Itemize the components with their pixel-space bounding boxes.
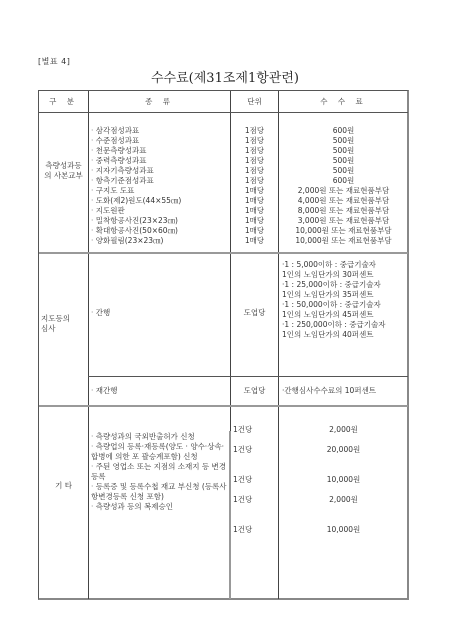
list-item: 구지도 도표 bbox=[91, 186, 181, 196]
header-fee: 수 수 료 bbox=[279, 97, 408, 107]
list-item: 중력측량성과표 bbox=[91, 156, 181, 166]
header-unit: 단위 bbox=[231, 97, 278, 107]
list-item: 측량성과의 국외반출허가 신청 bbox=[91, 432, 227, 442]
column-divider bbox=[88, 91, 89, 599]
fee-table: 구 분 종 류 단위 수 수 료 측량성과등 의 사본교부 삼각점성과표 수준점… bbox=[38, 90, 409, 600]
row-divider bbox=[39, 405, 408, 407]
unit-other-2: 1건당 bbox=[233, 445, 252, 455]
unit-other-4: 1건당 bbox=[233, 495, 252, 505]
unit-other-3: 1건당 bbox=[233, 475, 252, 485]
list-item: 지도원판 bbox=[91, 206, 181, 216]
unit-review-republish: 도엽당 bbox=[231, 386, 278, 396]
list-item: 삼각점성과표 bbox=[91, 126, 181, 136]
section-items-other: 측량성과의 국외반출허가 신청 측량업의 등록·재등록(양도 · 양수·상속·합… bbox=[91, 432, 227, 512]
fee-other-5: 10,000원 bbox=[279, 525, 408, 535]
list-item: 양화필림(23×23㎝) bbox=[91, 236, 181, 246]
list-item: 천문측량성과표 bbox=[91, 146, 181, 156]
appendix-label: [별표 4] bbox=[38, 56, 70, 67]
fee-other-1: 2,000원 bbox=[279, 425, 408, 435]
list-item: 주된 영업소 또는 지점의 소재지 등 변경등록 bbox=[91, 462, 227, 482]
unit-review-publish: 도엽당 bbox=[231, 308, 278, 318]
unit-other-5: 1건당 bbox=[233, 525, 252, 535]
row-divider bbox=[39, 112, 408, 113]
column-divider bbox=[229, 431, 231, 599]
fee-other-4: 2,000원 bbox=[279, 495, 408, 505]
fee-other-3: 10,000원 bbox=[279, 475, 408, 485]
list-item: 확대항공사진(50×60㎝) bbox=[91, 226, 181, 236]
list-item: 간행 bbox=[91, 308, 110, 318]
list-item: 재간행 bbox=[91, 386, 118, 396]
section-category-review: 지도등의 심사 bbox=[41, 314, 88, 334]
fee-other-2: 20,000원 bbox=[279, 445, 408, 455]
fee-review-republish: ·간행심사수수료의 10퍼센트 bbox=[282, 386, 376, 396]
unit-other-1: 1건당 bbox=[233, 425, 252, 435]
section-fees-copies: 600원 500원 500원 500원 500원 600원 2,000원 또는 … bbox=[279, 126, 408, 246]
list-item: 등록증 및 등록수첩 재교 부신청 (등록사항변경등록 신청 포함) bbox=[91, 482, 227, 502]
section-items-copies: 삼각점성과표 수준점성과표 천문측량성과표 중력측량성과표 지자기측량성과표 항… bbox=[91, 126, 181, 246]
fee-review-publish: ·1 : 5,000이하 : 중급기술자 1인의 노임단가의 30퍼센트 ·1 … bbox=[282, 260, 385, 340]
list-item: 지자기측량성과표 bbox=[91, 166, 181, 176]
list-item: 항측기준점성과표 bbox=[91, 176, 181, 186]
section-units-copies: 1점당 1점당 1점당 1점당 1점당 1점당 1매당 1매당 1매당 1매당 … bbox=[231, 126, 278, 246]
section-items-review-republish: 재간행 bbox=[91, 386, 118, 396]
section-items-review: 간행 bbox=[91, 308, 110, 318]
list-item: 측량업의 등록·재등록(양도 · 양수·상속·합병에 의한 포 괄승계포함) 신… bbox=[91, 442, 227, 462]
list-item: 도화(제2)원도(44×55㎝) bbox=[91, 196, 181, 206]
page-title: 수수료(제31조제1항관련) bbox=[0, 67, 450, 86]
list-item: 밀착항공사진(23×23㎝) bbox=[91, 216, 181, 226]
header-type: 종 류 bbox=[89, 97, 230, 107]
section-category-other: 기 타 bbox=[39, 481, 88, 491]
row-divider bbox=[88, 376, 408, 377]
list-item: 측량성과 등의 복제승인 bbox=[91, 502, 227, 512]
list-item: 수준점성과표 bbox=[91, 136, 181, 146]
section-category-copies: 측량성과등 의 사본교부 bbox=[39, 161, 88, 181]
header-category: 구 분 bbox=[39, 97, 88, 107]
row-divider bbox=[39, 252, 408, 254]
